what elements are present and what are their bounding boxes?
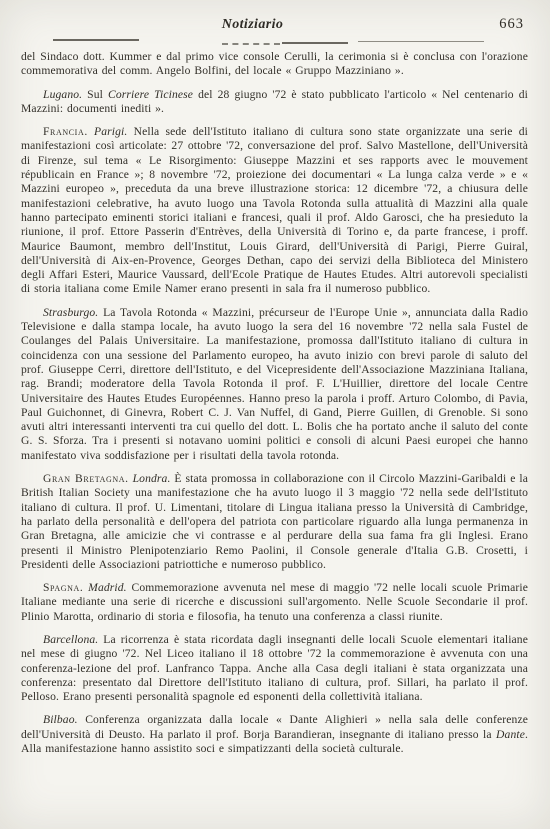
paragraph: Bilbao. Conferenza organizzata dalla loc…	[21, 713, 528, 756]
text-run-normal: La ricorrenza è stata ricordata dagli in…	[21, 633, 528, 703]
paragraph: Barcellona. La ricorrenza è stata ricord…	[21, 633, 528, 704]
text-run-smallcaps: Gran Bretagna.	[43, 472, 129, 485]
running-title: Notiziario	[0, 17, 505, 33]
text-run-italic: Parigi.	[94, 125, 127, 138]
text-run-normal: È stata promossa in collaborazione con i…	[21, 472, 528, 571]
text-run-italic: Corriere Ticinese	[108, 88, 193, 101]
text-run-italic: Strasburgo.	[43, 306, 98, 319]
text-run-italic: Lugano.	[43, 88, 82, 101]
text-run-smallcaps: Spagna.	[43, 581, 83, 594]
text-run-normal: La Tavola Rotonda « Mazzini, précurseur …	[21, 306, 528, 462]
header-rule-mid	[282, 42, 348, 44]
header-rule-left	[53, 39, 139, 41]
page-header: Notiziario 663	[0, 0, 550, 48]
text-run-italic: Barcellona.	[43, 633, 98, 646]
paragraph: Gran Bretagna. Londra. È stata promossa …	[21, 472, 528, 572]
text-run-normal: del Sindaco dott. Kummer e dal primo vic…	[21, 50, 528, 77]
text-run-italic: Bilbao.	[43, 713, 78, 726]
text-run-italic: Dante	[496, 728, 525, 741]
page-number: 663	[499, 16, 524, 33]
paragraph: Francia. Parigi. Nella sede dell'Istitut…	[21, 125, 528, 297]
paragraph: Spagna. Madrid. Commemorazione avvenuta …	[21, 581, 528, 624]
text-run-italic: Madrid.	[88, 581, 127, 594]
text-run-normal: Conferenza organizzata dalla locale « Da…	[21, 713, 528, 740]
text-run-normal: Nella sede dell'Istituto italiano di cul…	[21, 125, 528, 295]
header-rule-right	[358, 41, 484, 42]
paragraph: Lugano. Sul Corriere Ticinese del 28 giu…	[21, 88, 528, 117]
text-run-italic: Londra.	[133, 472, 171, 485]
header-rule-dashes	[222, 43, 280, 45]
scanned-page: Notiziario 663 del Sindaco dott. Kummer …	[0, 0, 550, 829]
document-body: del Sindaco dott. Kummer e dal primo vic…	[21, 50, 528, 765]
text-run-normal: Sul	[82, 88, 108, 101]
paragraph: del Sindaco dott. Kummer e dal primo vic…	[21, 50, 528, 79]
text-run-smallcaps: Francia.	[43, 125, 88, 138]
paragraph: Strasburgo. La Tavola Rotonda « Mazzini,…	[21, 306, 528, 463]
